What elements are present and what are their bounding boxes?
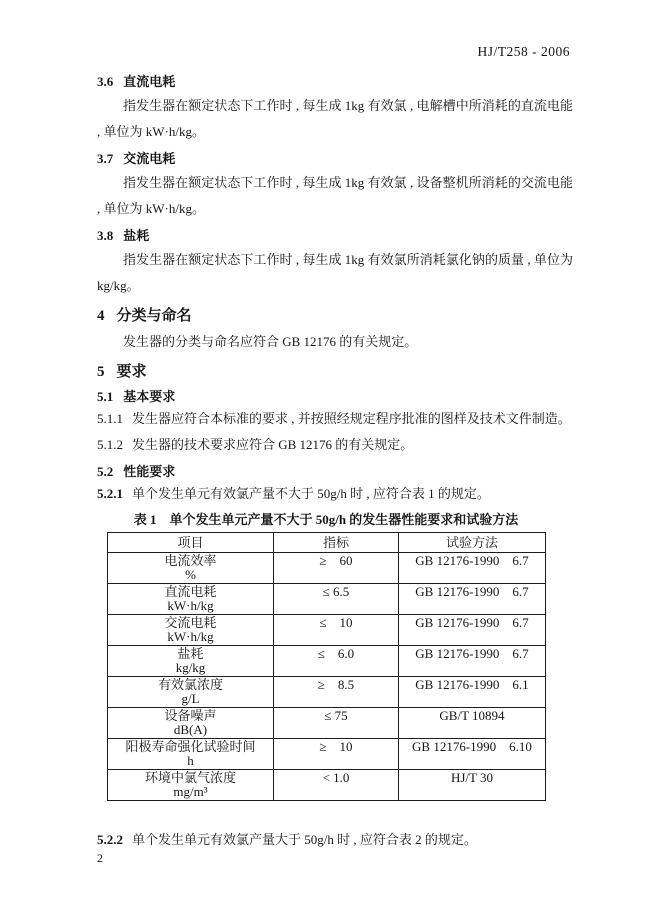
document-page: HJ/T258 - 2006 3.6直流电耗 指发生器在额定状态下工作时 , 每… bbox=[0, 0, 648, 917]
spec-value: ≥ 10 bbox=[274, 739, 399, 770]
col-header-item: 项目 bbox=[108, 533, 274, 553]
heading-title: 分类与命名 bbox=[117, 308, 192, 324]
table-row: 有效氯浓度g/L ≥ 8.5 GB 12176-1990 6.1 bbox=[108, 677, 546, 708]
item-unit: dB(A) bbox=[110, 723, 271, 737]
spec-value: < 1.0 bbox=[274, 770, 399, 801]
clause-text: 单个发生单元有效氯产量大于 50g/h 时 , 应符合表 2 的规定。 bbox=[132, 832, 477, 847]
table-row: 盐耗kg/kg ≤ 6.0 GB 12176-1990 6.7 bbox=[108, 646, 546, 677]
clause-5-1-2: 5.1.2发生器的技术要求应符合 GB 12176 的有关规定。 bbox=[97, 432, 573, 458]
heading-5-1: 5.1基本要求 bbox=[97, 388, 573, 406]
item-unit: kW·h/kg bbox=[110, 599, 271, 613]
heading-number: 3.8 bbox=[97, 228, 113, 243]
clause-number: 5.1.1 bbox=[97, 411, 123, 426]
col-header-spec: 指标 bbox=[274, 533, 399, 553]
paragraph-4: 发生器的分类与命名应符合 GB 12176 的有关规定。 bbox=[97, 329, 573, 355]
heading-number: 5 bbox=[97, 364, 105, 380]
table-row: 环境中氯气浓度mg/m³ < 1.0 HJ/T 30 bbox=[108, 770, 546, 801]
test-method: GB 12176-1990 6.1 bbox=[399, 677, 546, 708]
paragraph-3-8: 指发生器在额定状态下工作时 , 每生成 1kg 有效氯所消耗氯化钠的质量 , 单… bbox=[97, 247, 573, 299]
clause-number: 5.1.2 bbox=[97, 437, 123, 452]
heading-number: 3.7 bbox=[97, 151, 113, 166]
page-content: 3.6直流电耗 指发生器在额定状态下工作时 , 每生成 1kg 有效氯 , 电解… bbox=[97, 68, 573, 853]
clause-5-2-1: 5.2.1单个发生单元有效氯产量不大于 50g/h 时 , 应符合表 1 的规定… bbox=[97, 481, 573, 507]
clause-text: 发生器的技术要求应符合 GB 12176 的有关规定。 bbox=[132, 437, 413, 452]
table-header-row: 项目 指标 试验方法 bbox=[108, 533, 546, 553]
item-name: 有效氯浓度 bbox=[158, 677, 223, 692]
heading-title: 盐耗 bbox=[123, 228, 149, 243]
heading-3-7: 3.7交流电耗 bbox=[97, 150, 573, 168]
item-name: 设备噪声 bbox=[164, 708, 216, 723]
item-unit: % bbox=[110, 568, 271, 582]
heading-number: 5.1 bbox=[97, 389, 113, 404]
table-row: 交流电耗kW·h/kg ≤ 10 GB 12176-1990 6.7 bbox=[108, 615, 546, 646]
heading-title: 基本要求 bbox=[123, 389, 175, 404]
spec-value: ≤ 75 bbox=[274, 708, 399, 739]
test-method: GB 12176-1990 6.7 bbox=[399, 584, 546, 615]
test-method: GB 12176-1990 6.10 bbox=[399, 739, 546, 770]
clause-text: 单个发生单元有效氯产量不大于 50g/h 时 , 应符合表 1 的规定。 bbox=[132, 486, 490, 501]
spec-value: ≤ 6.5 bbox=[274, 584, 399, 615]
heading-5-2: 5.2性能要求 bbox=[97, 463, 573, 481]
clause-5-2-2: 5.2.2单个发生单元有效氯产量大于 50g/h 时 , 应符合表 2 的规定。 bbox=[97, 827, 573, 853]
item-name: 环境中氯气浓度 bbox=[145, 770, 236, 785]
table-row: 设备噪声dB(A) ≤ 75 GB/T 10894 bbox=[108, 708, 546, 739]
heading-3-6: 3.6直流电耗 bbox=[97, 73, 573, 91]
paragraph-3-6: 指发生器在额定状态下工作时 , 每生成 1kg 有效氯 , 电解槽中所消耗的直流… bbox=[97, 93, 573, 145]
spec-value: ≥ 8.5 bbox=[274, 677, 399, 708]
col-header-method: 试验方法 bbox=[399, 533, 546, 553]
heading-3-8: 3.8盐耗 bbox=[97, 227, 573, 245]
item-name: 电流效率 bbox=[164, 553, 216, 568]
clause-5-1-1: 5.1.1发生器应符合本标准的要求 , 并按照经规定程序批准的图样及技术文件制造… bbox=[97, 406, 573, 432]
test-method: GB 12176-1990 6.7 bbox=[399, 553, 546, 584]
heading-title: 性能要求 bbox=[123, 464, 175, 479]
item-unit: mg/m³ bbox=[110, 785, 271, 799]
table-row: 直流电耗kW·h/kg ≤ 6.5 GB 12176-1990 6.7 bbox=[108, 584, 546, 615]
item-unit: g/L bbox=[110, 692, 271, 706]
item-unit: h bbox=[110, 754, 271, 768]
item-name: 直流电耗 bbox=[164, 584, 216, 599]
clause-text: 发生器应符合本标准的要求 , 并按照经规定程序批准的图样及技术文件制造。 bbox=[132, 411, 571, 426]
spec-value: ≤ 10 bbox=[274, 615, 399, 646]
heading-number: 5.2 bbox=[97, 464, 113, 479]
clause-number: 5.2.1 bbox=[97, 486, 123, 501]
heading-5: 5要求 bbox=[97, 361, 573, 383]
item-unit: kg/kg bbox=[110, 661, 271, 675]
item-name: 交流电耗 bbox=[164, 615, 216, 630]
test-method: GB 12176-1990 6.7 bbox=[399, 646, 546, 677]
table1: 项目 指标 试验方法 电流效率% ≥ 60 GB 12176-1990 6.7 … bbox=[107, 532, 546, 801]
heading-number: 4 bbox=[97, 308, 105, 324]
test-method: GB 12176-1990 6.7 bbox=[399, 615, 546, 646]
table-row: 电流效率% ≥ 60 GB 12176-1990 6.7 bbox=[108, 553, 546, 584]
paragraph-3-7: 指发生器在额定状态下工作时 , 每生成 1kg 有效氯 , 设备整机所消耗的交流… bbox=[97, 170, 573, 222]
item-unit: kW·h/kg bbox=[110, 630, 271, 644]
test-method: GB/T 10894 bbox=[399, 708, 546, 739]
table-row: 阳极寿命强化试验时间h ≥ 10 GB 12176-1990 6.10 bbox=[108, 739, 546, 770]
item-name: 阳极寿命强化试验时间 bbox=[125, 739, 255, 754]
table1-caption: 表 1 单个发生单元产量不大于 50g/h 的发生器性能要求和试验方法 bbox=[107, 511, 545, 529]
spec-value: ≤ 6.0 bbox=[274, 646, 399, 677]
heading-number: 3.6 bbox=[97, 74, 113, 89]
item-name: 盐耗 bbox=[177, 646, 203, 661]
running-header: HJ/T258 - 2006 bbox=[478, 44, 571, 60]
heading-title: 要求 bbox=[117, 364, 147, 380]
page-number: 2 bbox=[97, 851, 103, 866]
clause-number: 5.2.2 bbox=[97, 832, 123, 847]
heading-title: 直流电耗 bbox=[123, 74, 175, 89]
test-method: HJ/T 30 bbox=[399, 770, 546, 801]
heading-title: 交流电耗 bbox=[123, 151, 175, 166]
heading-4: 4分类与命名 bbox=[97, 305, 573, 327]
spec-value: ≥ 60 bbox=[274, 553, 399, 584]
